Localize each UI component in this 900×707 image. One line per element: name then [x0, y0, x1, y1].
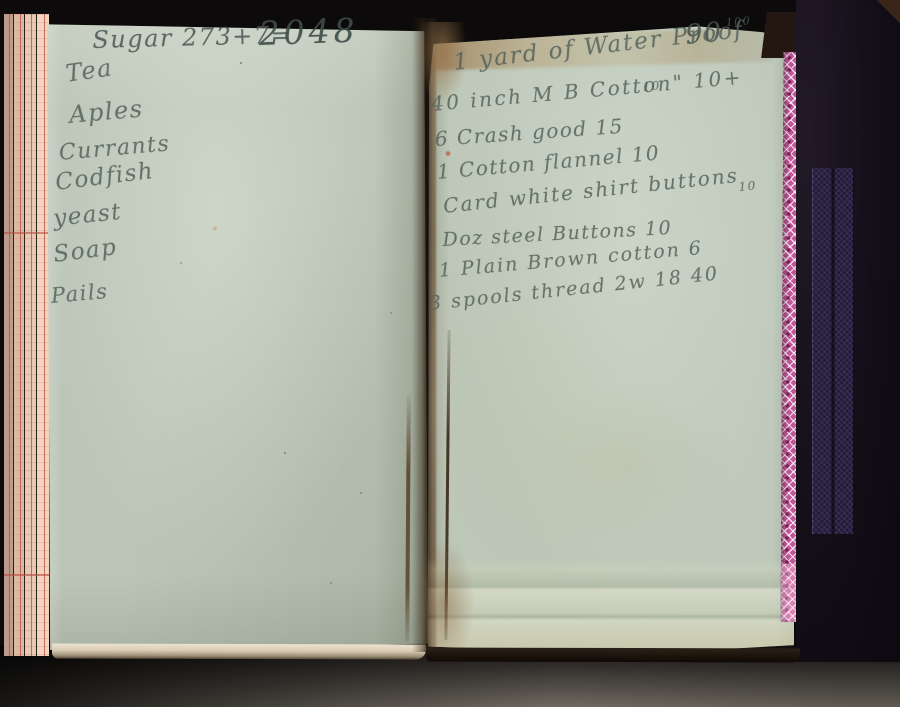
cover-corner [842, 0, 900, 48]
red-rule-line [31, 14, 32, 656]
red-rule-line [20, 14, 21, 656]
page-bottom-edges [428, 558, 794, 654]
stain [518, 384, 738, 544]
handwriting-line: 2048 [258, 11, 359, 53]
red-rule-line [4, 574, 49, 576]
page-edge [4, 14, 13, 656]
page-bottom-edges [52, 644, 426, 660]
page-edges-stack [4, 14, 49, 656]
page-edge [37, 14, 49, 656]
stain [445, 150, 451, 157]
paper-specks [240, 62, 242, 64]
back-cover [796, 0, 900, 662]
pocket-strip [812, 168, 854, 534]
cover-edge [426, 648, 800, 663]
page-edge [25, 14, 36, 656]
page-crease [405, 396, 411, 642]
page-edge [14, 14, 24, 656]
handwriting-superscript: 10 [642, 78, 661, 94]
stain [418, 540, 474, 656]
red-rule-line [4, 232, 49, 234]
stain [212, 226, 218, 231]
notebook-photo: Sugar 273+7= 2048 Tea Aples Currants Cod… [0, 0, 900, 707]
handwriting-superscript: 10 [738, 178, 757, 194]
red-rule-line [44, 14, 45, 656]
handwriting-line: Pails [50, 279, 109, 308]
red-rule-line [9, 14, 10, 656]
